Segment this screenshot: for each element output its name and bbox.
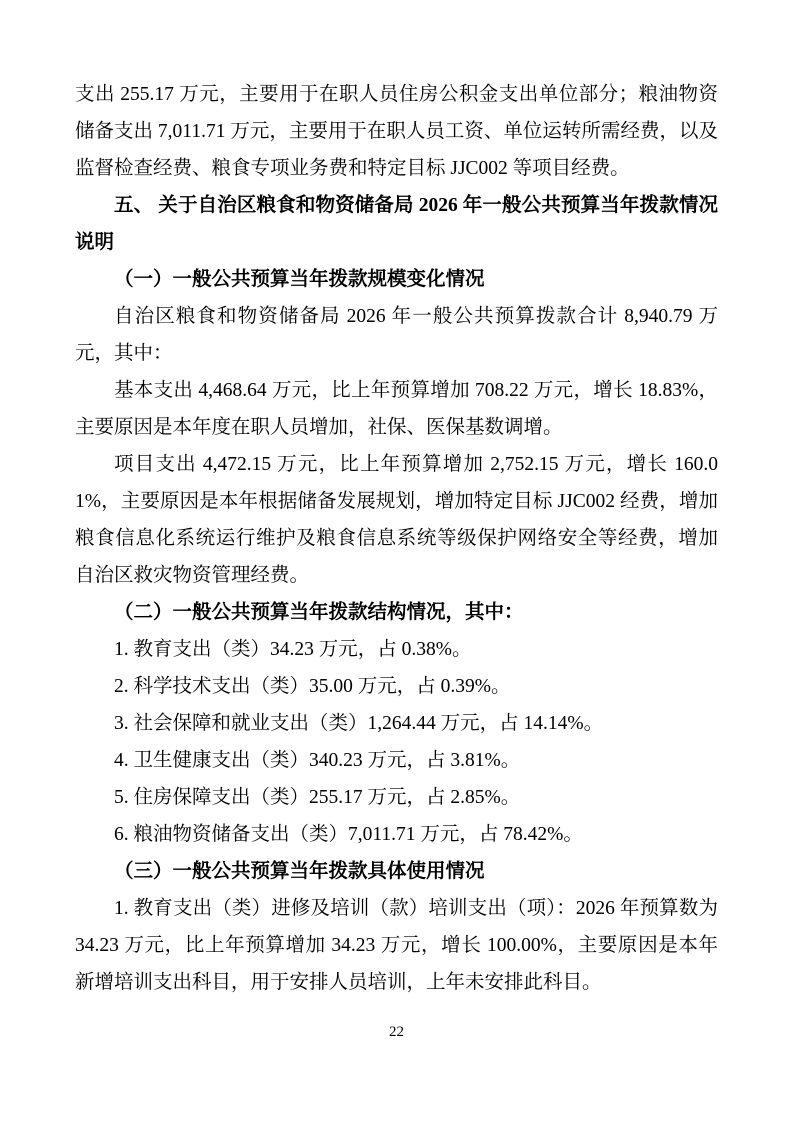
paragraph-project-expenditure: 项目支出 4,472.15 万元，比上年预算增加 2,752.15 万元，增长 … [75, 446, 718, 594]
list-item-science-technology: 2. 科学技术支出（类）35.00 万元，占 0.39%。 [75, 668, 718, 705]
document-body: 支出 255.17 万元，主要用于在职人员住房公积金支出单位部分；粮油物资储备支… [75, 76, 718, 1001]
list-item-education: 1. 教育支出（类）34.23 万元，占 0.38%。 [75, 631, 718, 668]
paragraph-basic-expenditure: 基本支出 4,468.64 万元，比上年预算增加 708.22 万元，增长 18… [75, 372, 718, 446]
paragraph-housing-grain-expense-continuation: 支出 255.17 万元，主要用于在职人员住房公积金支出单位部分；粮油物资储备支… [75, 76, 718, 187]
subsection-1-heading: （一）一般公共预算当年拨款规模变化情况 [75, 261, 718, 298]
list-item-grain-reserve: 6. 粮油物资储备支出（类）7,011.71 万元，占 78.42%。 [75, 816, 718, 853]
section-5-heading: 五、 关于自治区粮食和物资储备局 2026 年一般公共预算当年拨款情况说明 [75, 187, 718, 261]
document-page: 支出 255.17 万元，主要用于在职人员住房公积金支出单位部分；粮油物资储备支… [0, 0, 793, 1122]
paragraph-total-appropriation: 自治区粮食和物资储备局 2026 年一般公共预算拨款合计 8,940.79 万元… [75, 298, 718, 372]
subsection-3-heading: （三）一般公共预算当年拨款具体使用情况 [75, 853, 718, 890]
list-item-health: 4. 卫生健康支出（类）340.23 万元，占 3.81%。 [75, 742, 718, 779]
list-item-housing: 5. 住房保障支出（类）255.17 万元，占 2.85%。 [75, 779, 718, 816]
subsection-2-heading: （二）一般公共预算当年拨款结构情况，其中： [75, 594, 718, 631]
list-item-social-security: 3. 社会保障和就业支出（类）1,264.44 万元，占 14.14%。 [75, 705, 718, 742]
page-number: 22 [389, 1024, 404, 1040]
paragraph-education-training-detail: 1. 教育支出（类）进修及培训（款）培训支出（项）：2026 年预算数为 34.… [75, 890, 718, 1001]
page-footer: 22 [0, 1022, 793, 1042]
